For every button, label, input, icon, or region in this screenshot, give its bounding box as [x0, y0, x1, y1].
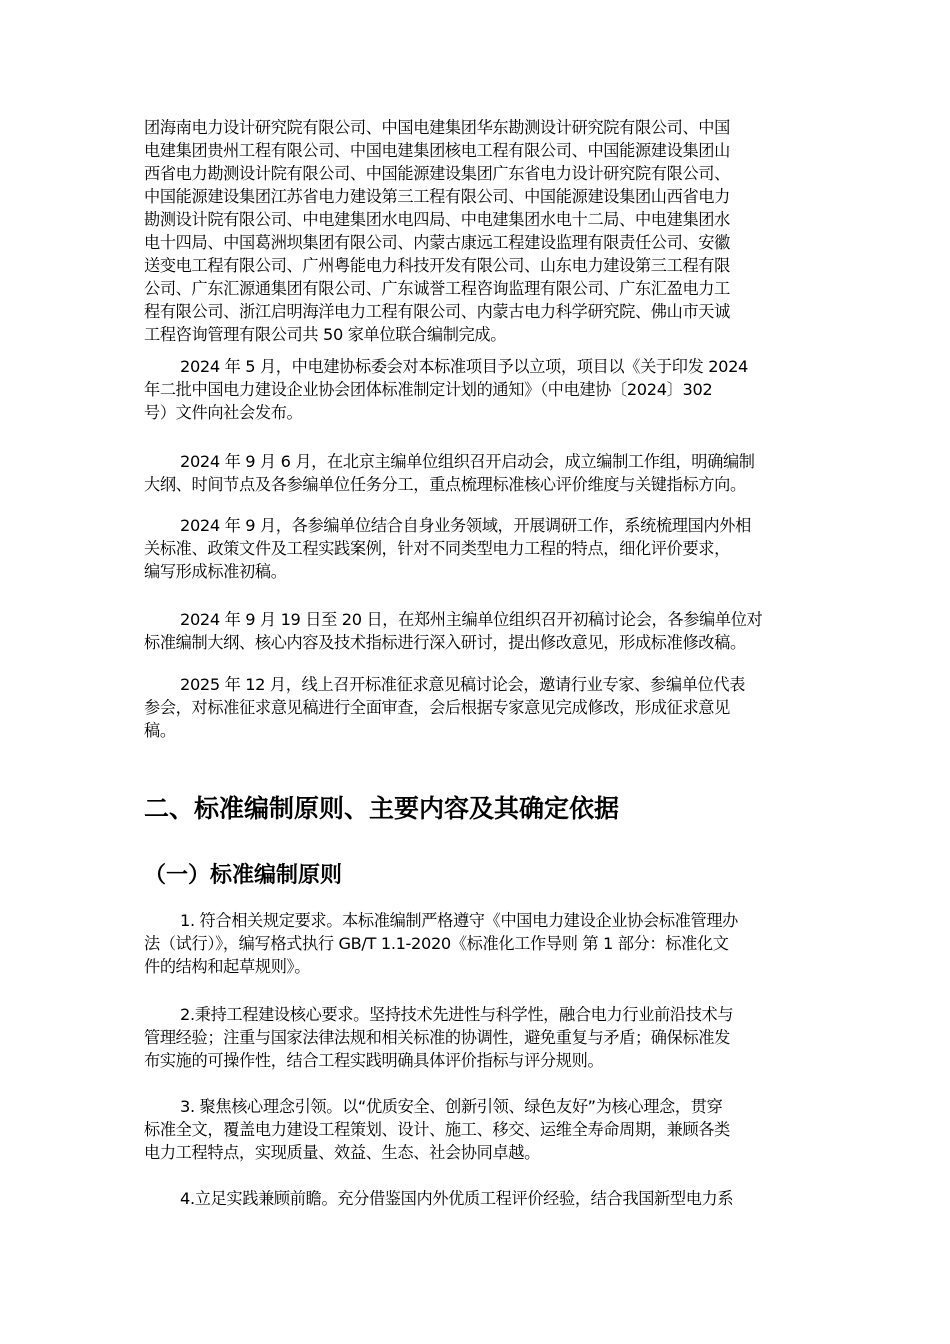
timeline-paragraph-2024-09-19: 2024 年 9 月 19 日至 20 日，在郑州主编单位组织召开初稿讨论会，各…: [144, 608, 814, 654]
text-line: 2024 年 5 月，中电建协标委会对本标准项目予以立项，项目以《关于印发 20…: [144, 355, 814, 378]
text-line: 2025 年 12 月，线上召开标准征求意见稿讨论会，邀请行业专家、参编单位代表: [144, 673, 814, 696]
principle-3-paragraph: 3. 聚焦核心理念引领。以“优质安全、创新引领、绿色友好”为核心理念，贯穿 标准…: [144, 1095, 814, 1164]
text-line: 2024 年 9 月 19 日至 20 日，在郑州主编单位组织召开初稿讨论会，各…: [144, 608, 814, 631]
text-line: 4.立足实践兼顾前瞻。充分借鉴国内外优质工程评价经验，结合我国新型电力系: [144, 1187, 814, 1210]
text-line: 2024 年 9 月，各参编单位结合自身业务领域，开展调研工作，系统梳理国内外相: [144, 514, 814, 537]
subsection-heading: （一）标准编制原则: [144, 858, 342, 889]
text-line: 布实施的可操作性，结合工程实践明确具体评价指标与评分规则。: [144, 1049, 814, 1072]
text-line: 稿。: [144, 719, 814, 742]
principle-1-paragraph: 1. 符合相关规定要求。本标准编制严格遵守《中国电力建设企业协会标准管理办 法（…: [144, 909, 814, 978]
text-line: 大纲、时间节点及各参编单位任务分工，重点梳理标准核心评价维度与关键指标方向。: [144, 473, 814, 496]
text-line: 件的结构和起草规则》。: [144, 955, 814, 978]
timeline-paragraph-2024-05: 2024 年 5 月，中电建协标委会对本标准项目予以立项，项目以《关于印发 20…: [144, 355, 814, 424]
text-line: 西省电力勘测设计院有限公司、中国能源建设集团广东省电力设计研究院有限公司、: [144, 162, 814, 185]
text-line: 工程咨询管理有限公司共 50 家单位联合编制完成。: [144, 323, 814, 346]
text-line: 勘测设计院有限公司、中电建集团水电四局、中电建集团水电十二局、中电建集团水: [144, 208, 814, 231]
text-line: 标准全文，覆盖电力建设工程策划、设计、施工、移交、运维全寿命周期，兼顾各类: [144, 1118, 814, 1141]
text-line: 电十四局、中国葛洲坝集团有限公司、内蒙古康远工程建设监理有限责任公司、安徽: [144, 231, 814, 254]
text-line: 法（试行）》，编写格式执行 GB/T 1.1-2020《标准化工作导则 第 1 …: [144, 932, 814, 955]
section-heading: 二、标准编制原则、主要内容及其确定依据: [144, 789, 619, 825]
text-line: 3. 聚焦核心理念引领。以“优质安全、创新引领、绿色友好”为核心理念，贯穿: [144, 1095, 814, 1118]
text-line: 关标准、政策文件及工程实践案例，针对不同类型电力工程的特点，细化评价要求，: [144, 537, 814, 560]
text-line: 年二批中国电力建设企业协会团体标准制定计划的通知》（中电建协〔2024〕302: [144, 378, 814, 401]
timeline-paragraph-2024-09: 2024 年 9 月，各参编单位结合自身业务领域，开展调研工作，系统梳理国内外相…: [144, 514, 814, 583]
text-line: 号）文件向社会发布。: [144, 401, 814, 424]
principle-4-paragraph: 4.立足实践兼顾前瞻。充分借鉴国内外优质工程评价经验，结合我国新型电力系: [144, 1187, 814, 1210]
text-line: 送变电工程有限公司、广州粤能电力科技开发有限公司、山东电力建设第三工程有限: [144, 254, 814, 277]
text-line: 团海南电力设计研究院有限公司、中国电建集团华东勘测设计研究院有限公司、中国: [144, 116, 814, 139]
text-line: 电力工程特点，实现质量、效益、生态、社会协同卓越。: [144, 1141, 814, 1164]
participating-units-paragraph: 团海南电力设计研究院有限公司、中国电建集团华东勘测设计研究院有限公司、中国 电建…: [144, 116, 814, 346]
text-line: 程有限公司、浙江启明海洋电力工程有限公司、内蒙古电力科学研究院、佛山市天诚: [144, 300, 814, 323]
timeline-paragraph-2024-09-06: 2024 年 9 月 6 月，在北京主编单位组织召开启动会，成立编制工作组，明确…: [144, 450, 814, 496]
text-line: 公司、广东汇源通集团有限公司、广东诚誉工程咨询监理有限公司、广东汇盈电力工: [144, 277, 814, 300]
timeline-paragraph-2025-12: 2025 年 12 月，线上召开标准征求意见稿讨论会，邀请行业专家、参编单位代表…: [144, 673, 814, 742]
text-line: 中国能源建设集团江苏省电力建设第三工程有限公司、中国能源建设集团山西省电力: [144, 185, 814, 208]
text-line: 编写形成标准初稿。: [144, 560, 814, 583]
text-line: 1. 符合相关规定要求。本标准编制严格遵守《中国电力建设企业协会标准管理办: [144, 909, 814, 932]
text-line: 电建集团贵州工程有限公司、中国电建集团核电工程有限公司、中国能源建设集团山: [144, 139, 814, 162]
text-line: 2024 年 9 月 6 月，在北京主编单位组织召开启动会，成立编制工作组，明确…: [144, 450, 814, 473]
text-line: 标准编制大纲、核心内容及技术指标进行深入研讨，提出修改意见，形成标准修改稿。: [144, 631, 814, 654]
text-line: 参会，对标准征求意见稿进行全面审查，会后根据专家意见完成修改，形成征求意见: [144, 696, 814, 719]
principle-2-paragraph: 2.秉持工程建设核心要求。坚持技术先进性与科学性，融合电力行业前沿技术与 管理经…: [144, 1003, 814, 1072]
text-line: 管理经验；注重与国家法律法规和相关标准的协调性，避免重复与矛盾；确保标准发: [144, 1026, 814, 1049]
text-line: 2.秉持工程建设核心要求。坚持技术先进性与科学性，融合电力行业前沿技术与: [144, 1003, 814, 1026]
